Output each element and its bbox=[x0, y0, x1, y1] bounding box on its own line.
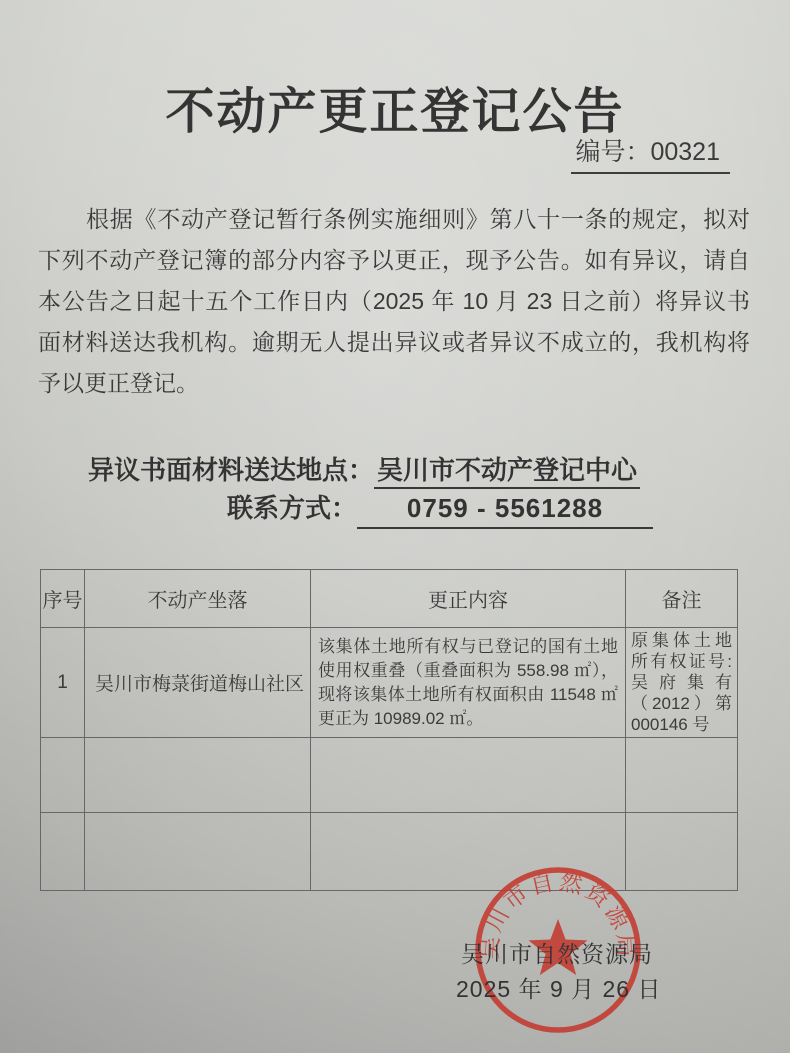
delivery-address-line: 异议书面材料送达地点：吴川市不动产登记中心 bbox=[88, 450, 640, 487]
body-line: 予以更正登记。 bbox=[38, 363, 750, 404]
cell-seq bbox=[41, 738, 85, 813]
correction-table: 序号 不动产坐落 更正内容 备注 1 吴川市梅菉街道梅山社区 该集体土地所有权与… bbox=[40, 569, 738, 891]
cell-location bbox=[85, 738, 311, 813]
issuer-name: 吴川市自然资源局 bbox=[461, 936, 653, 969]
cell-seq bbox=[41, 813, 85, 891]
issue-date: 2025 年 9 月 26 日 bbox=[456, 971, 662, 1004]
body-line: 本公告之日起十五个工作日内（2025 年 10 月 23 日之前）将异议书 bbox=[38, 281, 750, 322]
cell-location: 吴川市梅菉街道梅山社区 bbox=[85, 628, 311, 738]
delivery-address-value: 吴川市不动产登记中心 bbox=[374, 455, 640, 489]
body-line: 下列不动产登记簿的部分内容予以更正，现予公告。如有异议，请自 bbox=[38, 240, 750, 281]
cell-remark: 原集体土地所有权证号: 吴府集有（2012）第000146 号 bbox=[626, 628, 738, 738]
table-row: 1 吴川市梅菉街道梅山社区 该集体土地所有权与已登记的国有土地使用权重叠（重叠面… bbox=[41, 628, 738, 738]
body-line: 面材料送达我机构。逾期无人提出异议或者异议不成立的，我机构将 bbox=[38, 322, 750, 363]
photographed-announcement-document: { "document": { "title": "不动产更正登记公告", "d… bbox=[0, 0, 790, 1053]
table-row bbox=[41, 738, 738, 813]
table-header-row: 序号 不动产坐落 更正内容 备注 bbox=[41, 570, 738, 628]
cell-remark bbox=[626, 738, 738, 813]
body-line: 根据《不动产登记暂行条例实施细则》第八十一条的规定，拟对 bbox=[38, 199, 750, 240]
col-header-location: 不动产坐落 bbox=[85, 570, 311, 628]
cell-correction: 该集体土地所有权与已登记的国有土地使用权重叠（重叠面积为 558.98 ㎡），现… bbox=[311, 628, 626, 738]
col-header-remark: 备注 bbox=[626, 570, 738, 628]
cell-correction bbox=[311, 738, 626, 813]
contact-phone-value: 0759 - 5561288 bbox=[357, 493, 653, 529]
cell-location bbox=[85, 813, 311, 891]
delivery-address-label: 异议书面材料送达地点： bbox=[88, 455, 374, 485]
contact-phone-label: 联系方式： bbox=[227, 493, 357, 523]
cell-seq: 1 bbox=[41, 628, 85, 738]
col-header-seq: 序号 bbox=[41, 570, 85, 628]
doc-number: 编号：00321 bbox=[571, 132, 730, 174]
col-header-correction: 更正内容 bbox=[311, 570, 626, 628]
contact-phone-line: 联系方式：0759 - 5561288 bbox=[227, 488, 653, 529]
body-paragraph: 根据《不动产登记暂行条例实施细则》第八十一条的规定，拟对 下列不动产登记簿的部分… bbox=[38, 199, 750, 404]
